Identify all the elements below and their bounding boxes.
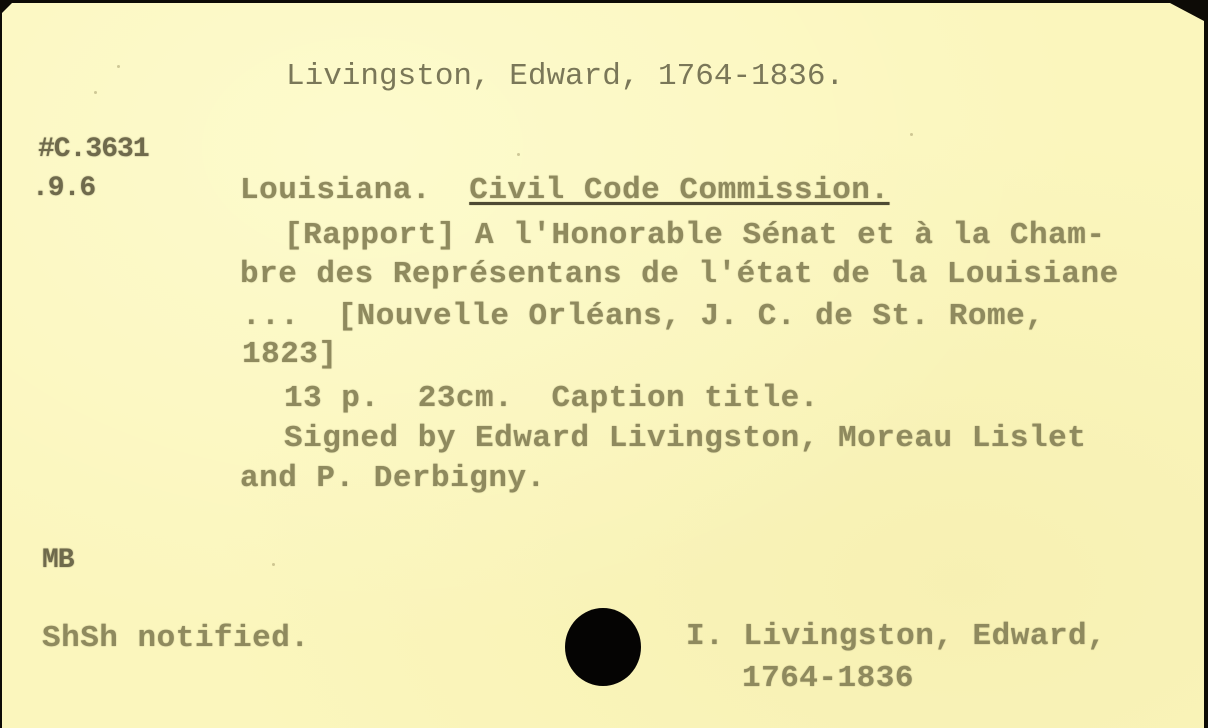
main-entry-subdivision: Civil Code Commission.	[469, 173, 889, 208]
note-line-1: Signed by Edward Livingston, Moreau Lisl…	[284, 423, 1086, 454]
punch-hole	[565, 608, 641, 686]
paper-speck	[117, 65, 120, 68]
paper-speck	[272, 563, 275, 566]
status-note: ShSh notified.	[42, 623, 309, 654]
paper-speck	[517, 153, 520, 156]
collation: 13 p. 23cm. Caption title.	[284, 383, 819, 414]
title-line-3: ... [Nouvelle Orléans, J. C. de St. Rome…	[242, 301, 1044, 332]
heading-entry: Livingston, Edward, 1764-1836.	[286, 61, 844, 92]
tracing-line-2: 1764-1836	[742, 663, 914, 694]
title-line-1: [Rapport] A l'Honorable Sénat et à la Ch…	[284, 220, 1105, 251]
main-entry-author: Louisiana.	[240, 173, 431, 208]
call-number-line-1: #C.3631	[38, 136, 149, 164]
catalog-card: Livingston, Edward, 1764-1836. #C.3631 .…	[2, 3, 1204, 728]
title-line-2: bre des Représentans de l'état de la Lou…	[240, 259, 1119, 290]
tracing-line-1: I. Livingston, Edward,	[686, 621, 1106, 652]
note-line-2: and P. Derbigny.	[240, 463, 546, 494]
call-number-line-2: .9.6	[32, 175, 95, 203]
paper-speck	[94, 91, 97, 94]
location-code: MB	[42, 547, 74, 575]
title-line-4: 1823]	[242, 339, 338, 370]
main-entry: Louisiana. Civil Code Commission.	[240, 175, 890, 206]
paper-speck	[910, 133, 913, 136]
